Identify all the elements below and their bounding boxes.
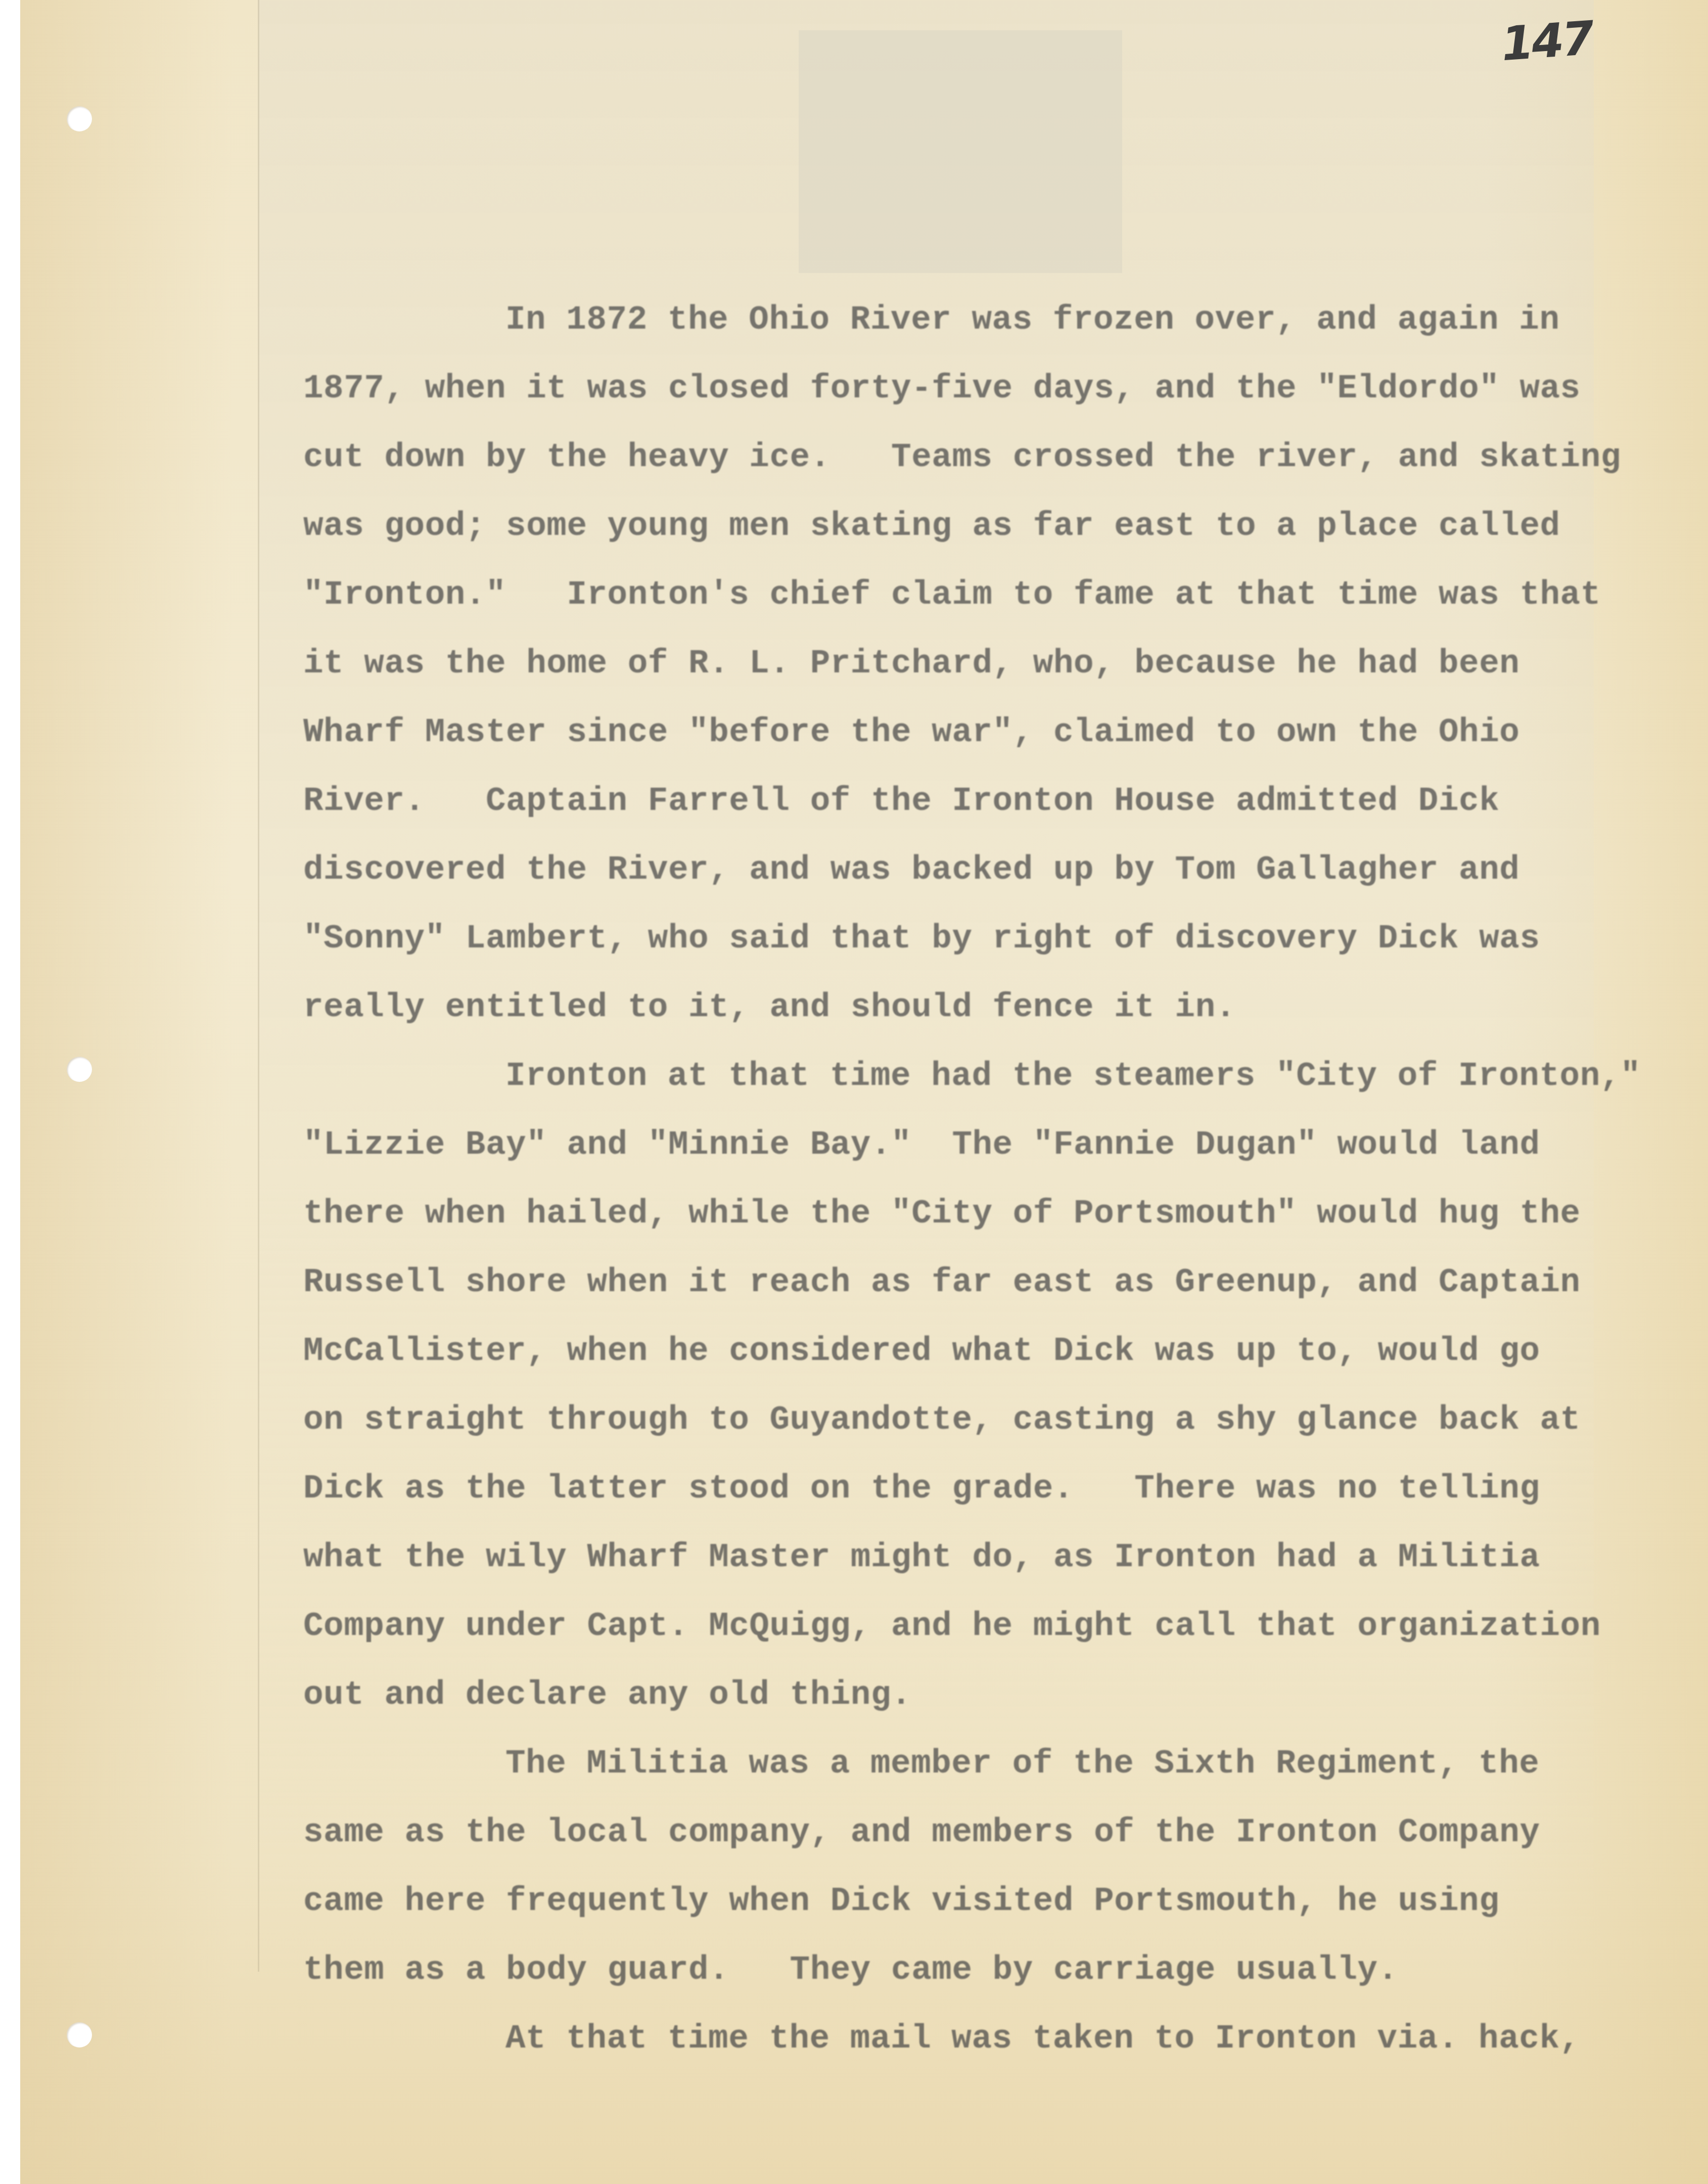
text-line: Dick as the latter stood on the grade. T…	[303, 1454, 1638, 1523]
text-line: At that time the mail was taken to Iront…	[303, 2005, 1638, 2073]
text-line: what the wily Wharf Master might do, as …	[303, 1523, 1638, 1592]
text-line: Russell shore when it reach as far east …	[303, 1248, 1638, 1317]
text-line: Company under Capt. McQuigg, and he migh…	[303, 1592, 1638, 1661]
typed-body-text: In 1872 the Ohio River was frozen over, …	[303, 286, 1638, 2073]
punch-hole	[67, 1057, 92, 1082]
punch-hole	[67, 106, 92, 131]
text-line: Ironton at that time had the steamers "C…	[303, 1042, 1638, 1111]
handwritten-page-number: 147	[1499, 11, 1594, 71]
text-line: came here frequently when Dick visited P…	[303, 1867, 1638, 1936]
text-line: on straight through to Guyandotte, casti…	[303, 1386, 1638, 1454]
text-line: "Sonny" Lambert, who said that by right …	[303, 904, 1638, 973]
text-line: really entitled to it, and should fence …	[303, 973, 1638, 1042]
faded-stamp-area	[799, 30, 1122, 273]
text-line: discovered the River, and was backed up …	[303, 836, 1638, 904]
text-line: them as a body guard. They came by carri…	[303, 1936, 1638, 2005]
text-line: Wharf Master since "before the war", cla…	[303, 698, 1638, 767]
text-line: cut down by the heavy ice. Teams crossed…	[303, 423, 1638, 492]
text-line: 1877, when it was closed forty-five days…	[303, 354, 1638, 423]
text-line: same as the local company, and members o…	[303, 1798, 1638, 1867]
text-line: McCallister, when he considered what Dic…	[303, 1317, 1638, 1386]
text-line: "Ironton." Ironton's chief claim to fame…	[303, 561, 1638, 629]
text-line: out and declare any old thing.	[303, 1661, 1638, 1730]
document-page: 147 In 1872 the Ohio River was frozen ov…	[20, 0, 1708, 2184]
punch-hole	[67, 2022, 92, 2047]
text-line: The Militia was a member of the Sixth Re…	[303, 1730, 1638, 1798]
text-line: was good; some young men skating as far …	[303, 492, 1638, 561]
text-line: In 1872 the Ohio River was frozen over, …	[303, 286, 1638, 354]
text-line: "Lizzie Bay" and "Minnie Bay." The "Fann…	[303, 1111, 1638, 1179]
text-line: there when hailed, while the "City of Po…	[303, 1179, 1638, 1248]
text-line: River. Captain Farrell of the Ironton Ho…	[303, 767, 1638, 836]
text-line: it was the home of R. L. Pritchard, who,…	[303, 629, 1638, 698]
